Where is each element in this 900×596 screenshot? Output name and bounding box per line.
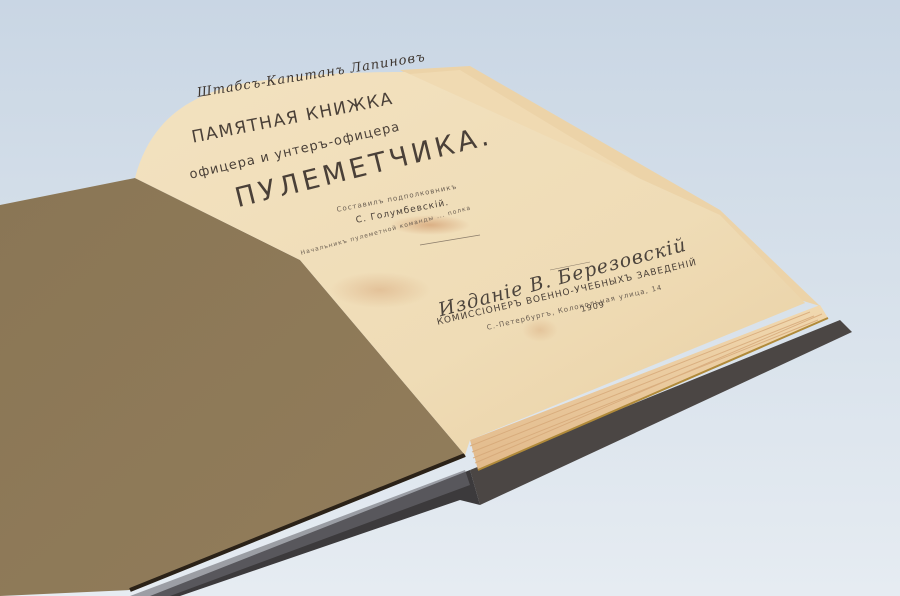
book-photo: Штабсъ-Капитанъ Лапиновъ ПАМЯТНАЯ КНИЖКА…	[0, 0, 900, 596]
